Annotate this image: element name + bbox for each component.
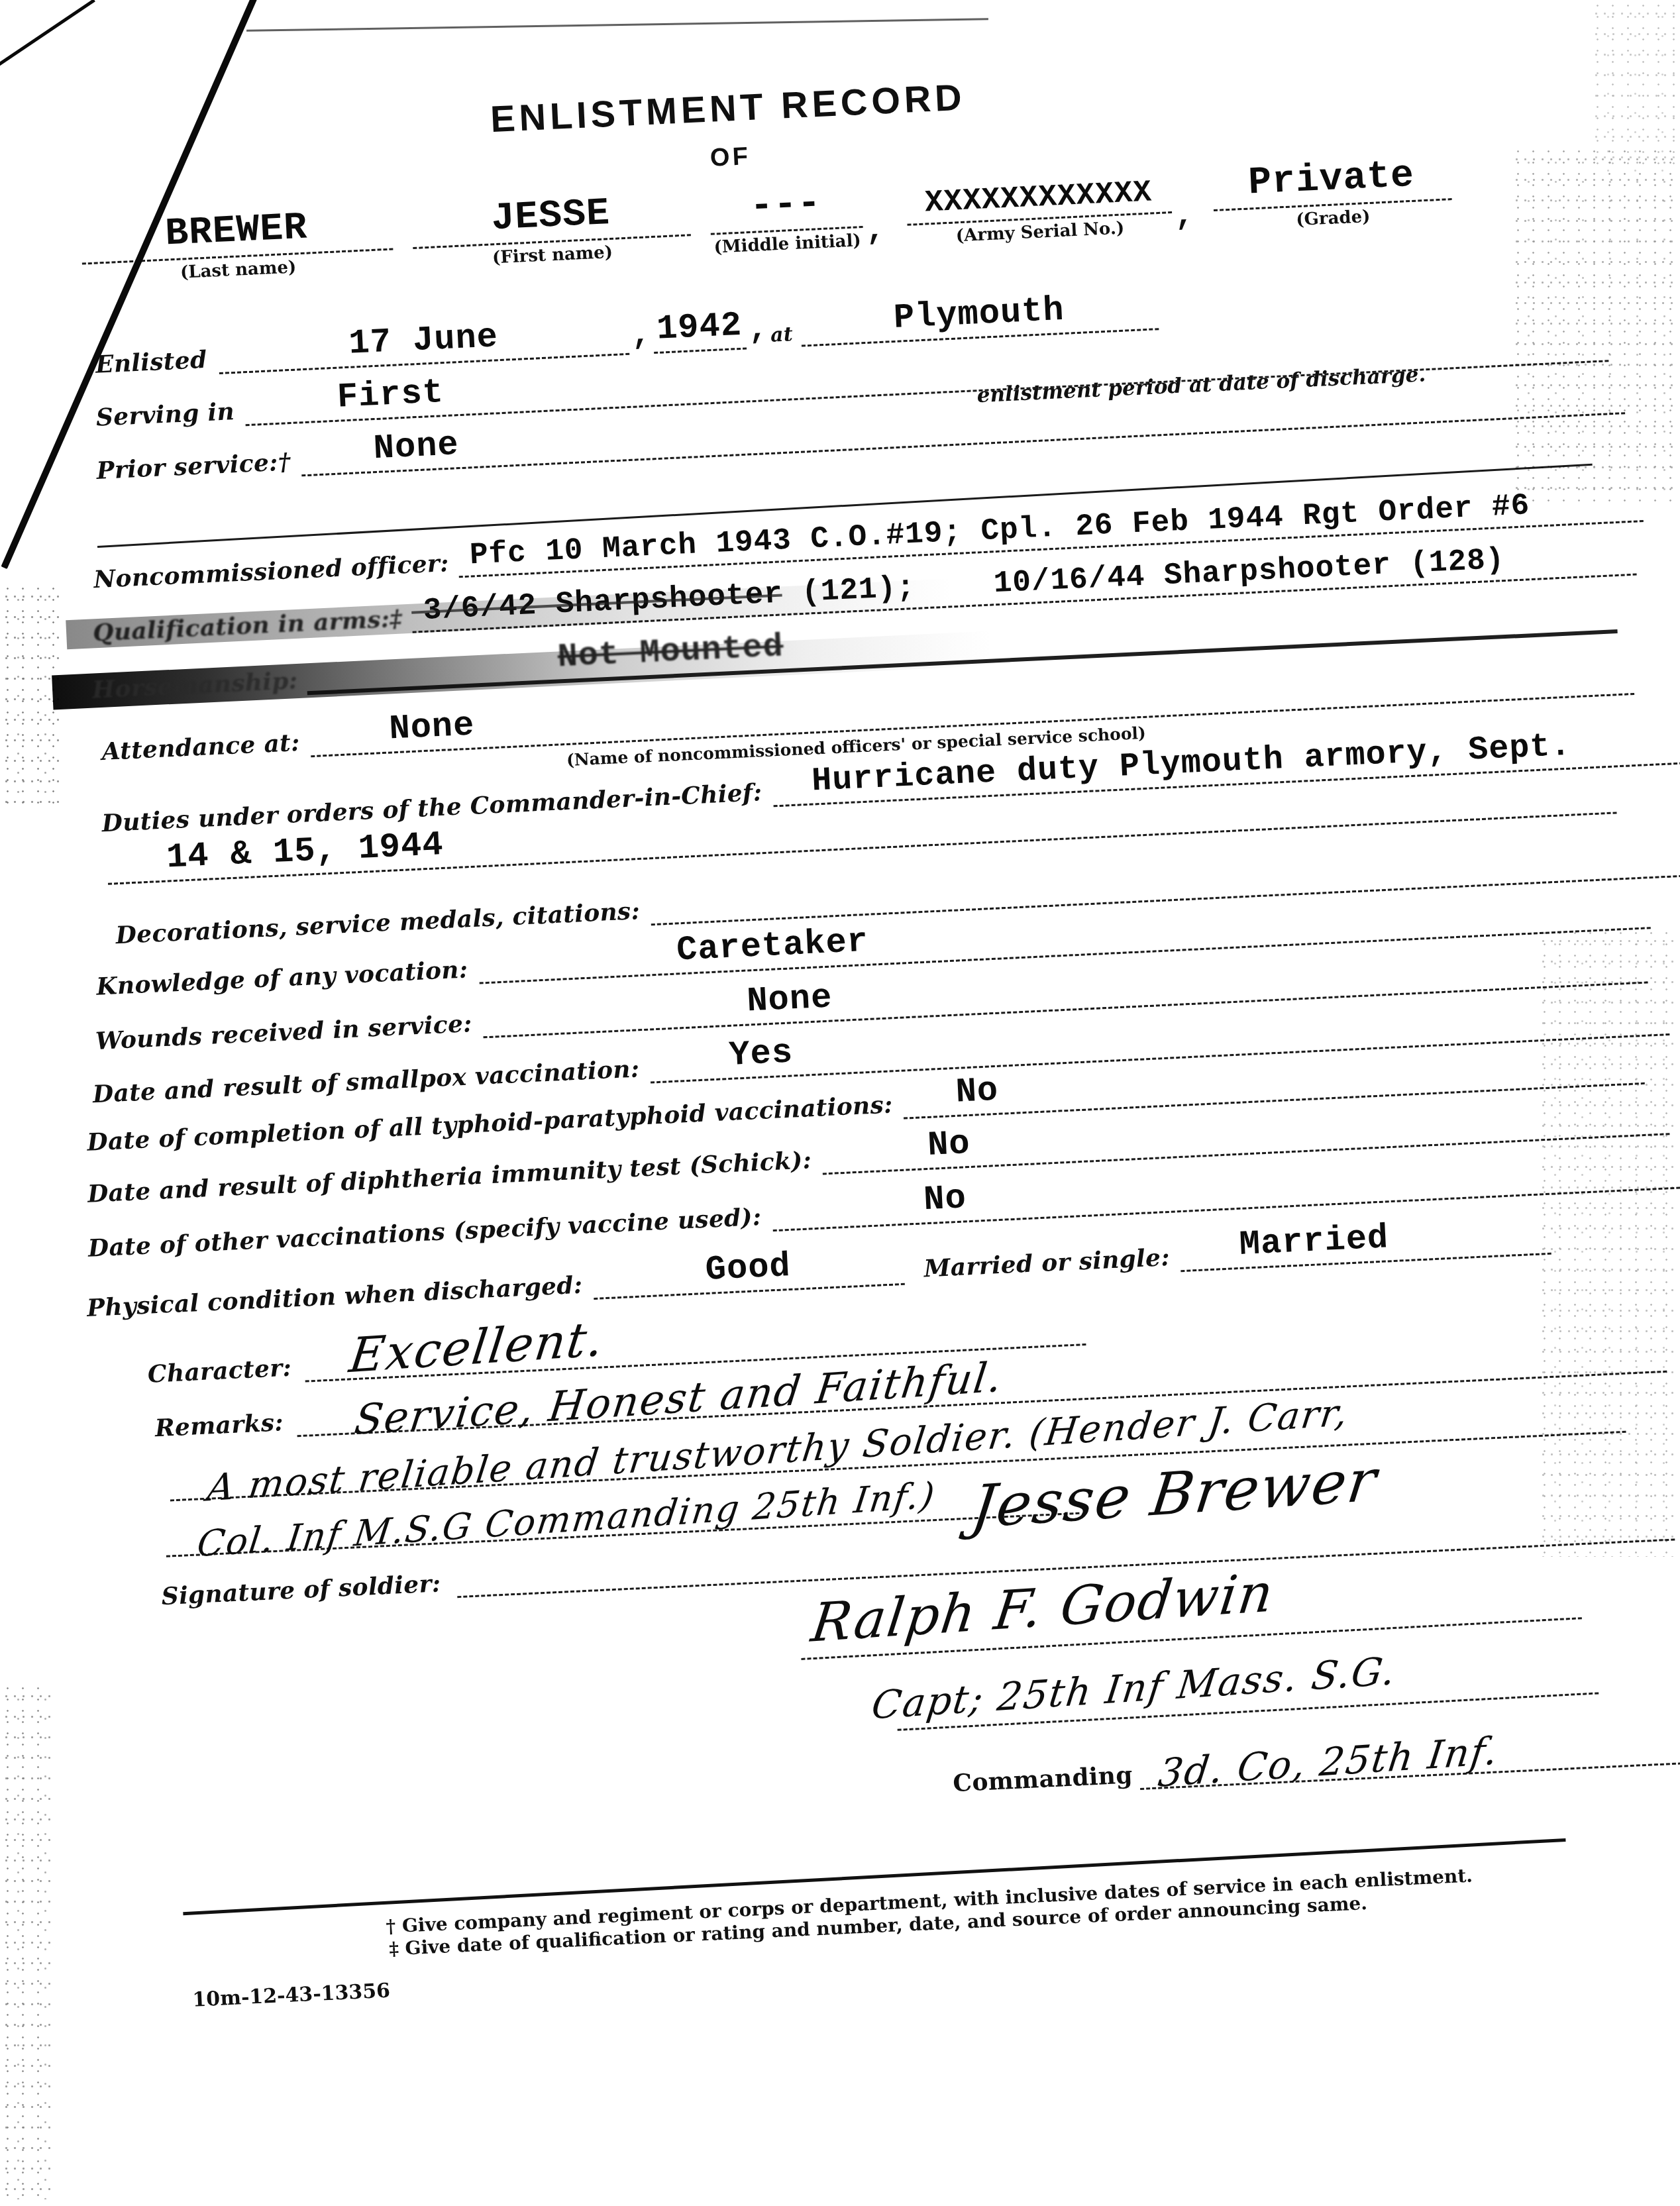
middle-initial-comma: , xyxy=(863,212,888,250)
horsemanship-value: Not Mounted xyxy=(557,628,784,676)
enlisted-comma2: , xyxy=(745,311,771,350)
other-vaccinations-label: Date of other vaccinations (specify vacc… xyxy=(87,1203,762,1264)
spacer xyxy=(394,272,414,272)
spacer xyxy=(762,1232,772,1232)
middle-initial-field: --- (Middle initial) xyxy=(709,182,865,258)
signature-label: Signature of soldier: xyxy=(161,1569,441,1612)
marital-line: Married xyxy=(1179,1214,1551,1272)
spacer xyxy=(207,374,219,375)
spacer xyxy=(291,476,302,477)
wounds-value: None xyxy=(746,978,833,1022)
spacer xyxy=(468,984,479,985)
enlisted-place-line: Plymouth xyxy=(800,288,1159,346)
spacer xyxy=(692,258,712,258)
spacer xyxy=(284,1437,297,1438)
middle-initial-line: --- xyxy=(709,182,863,235)
wounds-label: Wounds received in service: xyxy=(95,1010,473,1057)
prior-service-label: Prior service:† xyxy=(96,448,291,486)
spacer xyxy=(300,757,311,758)
schick-value: No xyxy=(927,1124,971,1165)
spacer xyxy=(583,1300,594,1300)
serving-value: First xyxy=(337,373,445,417)
remarks-label: Remarks: xyxy=(154,1408,284,1444)
scan-noise-right-corner xyxy=(1590,0,1680,172)
serial-number-field: XXXXXXXXXXXX (Army Serial No.) xyxy=(905,168,1173,248)
spacer xyxy=(641,925,651,926)
serving-label: Serving in xyxy=(95,397,235,433)
spacer xyxy=(1171,1272,1181,1273)
form-sheet: ENLISTMENT RECORD OF BREWER (Last name) … xyxy=(0,0,1680,2203)
physical-value: Good xyxy=(705,1247,792,1290)
marital-value: Married xyxy=(1239,1218,1390,1265)
qualification-label: Qualification in arms:‡ xyxy=(92,604,403,648)
commanding-value: 3d. Co, 25th Inf. xyxy=(1155,1728,1501,1796)
scan-noise-right-mid xyxy=(1537,927,1680,1557)
marital-label: Married or single: xyxy=(923,1243,1171,1284)
grade-field: Private (Grade) xyxy=(1211,154,1452,234)
serial-number-comma: , xyxy=(1171,197,1197,236)
spacer xyxy=(894,1120,904,1120)
spacer xyxy=(794,347,802,348)
middle-initial-value: --- xyxy=(749,182,822,229)
grade-value: Private xyxy=(1247,154,1415,205)
enlisted-date-value: 17 June xyxy=(348,317,499,364)
attendance-value: None xyxy=(388,706,475,749)
attendance-label: Attendance at: xyxy=(101,729,301,767)
spacer xyxy=(905,1284,925,1285)
serial-number-value: XXXXXXXXXXXX xyxy=(924,175,1153,220)
other-vaccinations-value: No xyxy=(923,1179,967,1220)
enlisted-label: Enlisted xyxy=(95,346,207,380)
commanding-label: Commanding xyxy=(952,1761,1133,1799)
spacer xyxy=(473,1038,484,1039)
commanding-row: Commanding 3d. Co, 25th Inf. xyxy=(951,1712,1680,1799)
spacer xyxy=(450,578,459,578)
spacer xyxy=(640,1084,651,1084)
prior-service-value: None xyxy=(373,425,460,468)
spacer xyxy=(812,1175,823,1175)
spacer xyxy=(888,248,908,249)
enlisted-comma1: , xyxy=(628,317,654,355)
enlisted-place-value: Plymouth xyxy=(893,291,1065,338)
first-name-field: JESSE (First name) xyxy=(411,190,692,272)
spacer xyxy=(1197,234,1214,235)
spacer xyxy=(441,1598,457,1599)
qualification-value-2: 10/16/44 Sharpshooter (128) xyxy=(993,543,1506,601)
last-name-value: BREWER xyxy=(164,207,309,256)
last-name-field: BREWER (Last name) xyxy=(80,205,394,288)
first-name-value: JESSE xyxy=(490,192,611,240)
scanned-enlistment-record-page: ENLISTMENT RECORD OF BREWER (Last name) … xyxy=(0,0,1680,2206)
spacer xyxy=(235,426,246,427)
vocation-label: Knowledge of any vocation: xyxy=(95,955,468,1002)
physical-line: Good xyxy=(592,1245,904,1300)
vocation-value: Caretaker xyxy=(676,922,869,971)
spacer xyxy=(762,807,773,808)
nco-label: Noncommissioned officer: xyxy=(93,549,449,595)
typhoid-value: No xyxy=(955,1071,999,1112)
enlisted-year-line: 1942 xyxy=(652,308,747,354)
character-label: Character: xyxy=(147,1354,292,1390)
commanding-line: 3d. Co, 25th Inf. xyxy=(1137,1710,1680,1790)
enlisted-date-line: 17 June xyxy=(217,313,629,374)
enlisted-year-value: 1942 xyxy=(656,306,743,349)
form-number: 10m-12-43-13356 xyxy=(192,1979,391,2012)
scan-noise-left-bottom xyxy=(0,1683,50,2199)
enlisted-at-label: at xyxy=(770,323,794,348)
smallpox-value: Yes xyxy=(728,1033,794,1075)
scan-noise-left-mid xyxy=(0,583,60,808)
scan-noise-right-top xyxy=(1510,146,1676,503)
